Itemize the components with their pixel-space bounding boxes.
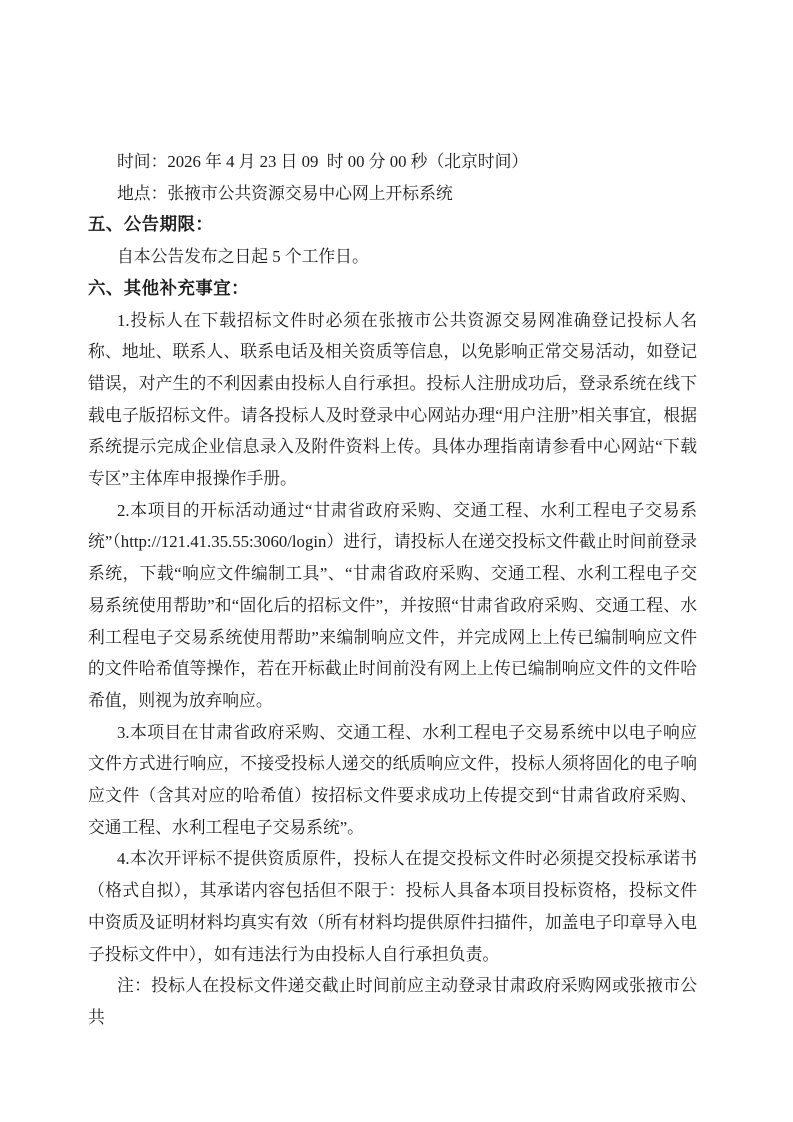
section-6-heading: 六、其他补充事宜： xyxy=(88,273,697,305)
opening-location-line: 地点：张掖市公共资源交易中心网上开标系统 xyxy=(88,178,697,210)
section-5-body: 自本公告发布之日起 5 个工作日。 xyxy=(88,241,697,273)
section-6-paragraph-4: 4.本次开评标不提供资质原件，投标人在提交投标文件时必须提交投标承诺书（格式自拟… xyxy=(88,843,697,970)
document-page: 时间：2026 年 4 月 23 日 09 时 00 分 00 秒（北京时间） … xyxy=(0,0,793,1122)
section-6-paragraph-3: 3.本项目在甘肃省政府采购、交通工程、水利工程电子交易系统中以电子响应文件方式进… xyxy=(88,717,697,844)
section-6-note: 注：投标人在投标文件递交截止时间前应主动登录甘肃政府采购网或张掖市公共 xyxy=(88,970,697,1033)
section-6-paragraph-2: 2.本项目的开标活动通过“甘肃省政府采购、交通工程、水利工程电子交易系统”（ht… xyxy=(88,495,697,717)
section-5-heading: 五、公告期限： xyxy=(88,209,697,241)
section-6-paragraph-1: 1.投标人在下载招标文件时必须在张掖市公共资源交易网准确登记投标人名称、地址、联… xyxy=(88,305,697,495)
opening-time-line: 时间：2026 年 4 月 23 日 09 时 00 分 00 秒（北京时间） xyxy=(88,146,697,178)
